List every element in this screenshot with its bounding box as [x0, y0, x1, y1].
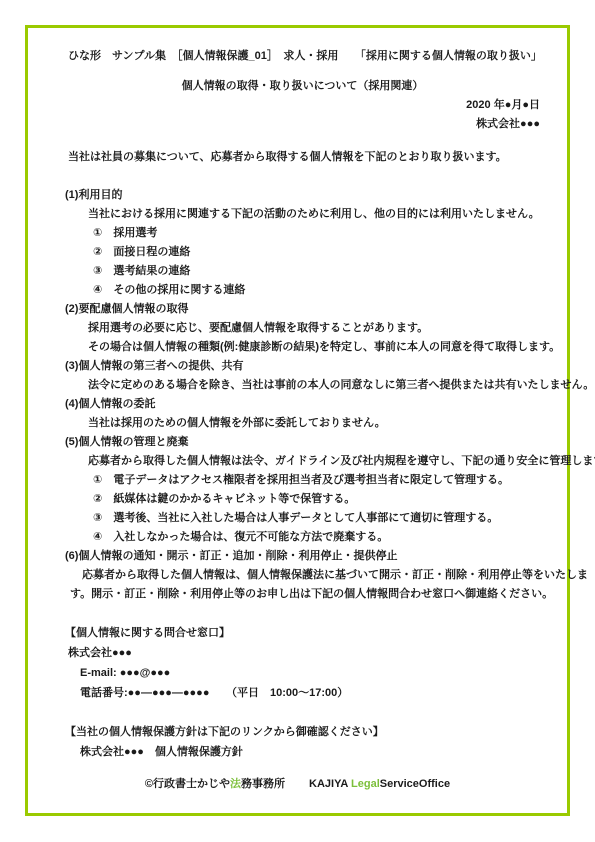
section-1-item-3: ③ 選考結果の連絡 — [65, 262, 540, 281]
section-1-item-2: ② 面接日程の連絡 — [65, 243, 540, 262]
section-2-body-2: その場合は個人情報の種類(例:健康診断の結果)を特定し、事前に本人の同意を得て取… — [65, 338, 540, 357]
section-5-item-3: ③ 選考後、当社に入社した場合は人事データとして人事部にて適切に管理する。 — [65, 509, 540, 528]
section-5-item-1: ① 電子データはアクセス権限者を採用担当者及び選考担当者に限定して管理する。 — [65, 471, 540, 490]
footer-jp-accent: 法 — [230, 778, 241, 790]
section-1-heading: (1)利用目的 — [65, 186, 540, 205]
section-4-body: 当社は採用のための個人情報を外部に委託しておりません。 — [65, 414, 540, 433]
footer-jp-suffix: 務事務所 — [241, 778, 285, 790]
section-5-body: 応募者から取得した個人情報は法令、ガイドライン及び社内規程を遵守し、下記の通り安… — [65, 452, 540, 471]
document-title: 個人情報の取得・取り扱いについて（採用関連） — [65, 77, 540, 96]
section-1-item-4: ④ その他の採用に関する連絡 — [65, 281, 540, 300]
section-5-item-2: ② 紙媒体は鍵のかかるキャビネット等で保管する。 — [65, 490, 540, 509]
footer-en-suffix: ServiceOffice — [380, 778, 450, 790]
section-6-body-1: 応募者から取得した個人情報は、個人情報保護法に基づいて開示・訂正・削除・利用停止… — [65, 566, 540, 585]
section-3-heading: (3)個人情報の第三者への提供、共有 — [65, 357, 540, 376]
contact-company: 株式会社●●● — [65, 643, 540, 663]
section-2-body-1: 採用選考の必要に応じ、要配慮個人情報を取得することがあります。 — [65, 319, 540, 338]
policy-block: 【当社の個人情報保護方針は下記のリンクから御確認ください】 株式会社●●● 個人… — [65, 722, 540, 762]
contact-heading: 【個人情報に関する問合せ窓口】 — [65, 623, 540, 643]
footer-copyright: ©行政書士かじや法務事務所KAJIYA LegalServiceOffice — [0, 776, 595, 792]
footer-en-accent: Legal — [351, 778, 380, 790]
contact-phone: 電話番号:●●―●●●―●●●● （平日 10:00～17:00） — [65, 683, 540, 703]
contact-block: 【個人情報に関する問合せ窓口】 株式会社●●● E-mail: ●●●@●●● … — [65, 623, 540, 703]
section-2-heading: (2)要配慮個人情報の取得 — [65, 300, 540, 319]
section-1-body: 当社における採用に関連する下記の活動のために利用し、他の目的には利用いたしません… — [65, 205, 540, 224]
section-1-item-1: ① 採用選考 — [65, 224, 540, 243]
contact-email: E-mail: ●●●@●●● — [65, 663, 540, 683]
footer-en-prefix: KAJIYA — [309, 778, 351, 790]
sections-list: (1)利用目的 当社における採用に関連する下記の活動のために利用し、他の目的には… — [65, 186, 540, 604]
policy-link: 株式会社●●● 個人情報保護方針 — [65, 742, 540, 762]
document-date: 2020 年●月●日 — [65, 96, 540, 115]
company-name: 株式会社●●● — [65, 115, 540, 134]
footer-jp-prefix: ©行政書士かじや — [145, 778, 230, 790]
section-5-item-4: ④ 入社しなかった場合は、復元不可能な方法で廃棄する。 — [65, 528, 540, 547]
intro-paragraph: 当社は社員の募集について、応募者から取得する個人情報を下記のとおり取り扱います。 — [65, 148, 540, 167]
page-content: ひな形 サンプル集 ［個人情報保護_01］ 求人・採用 「採用に関する個人情報の… — [65, 47, 540, 762]
section-4-heading: (4)個人情報の委託 — [65, 395, 540, 414]
policy-heading: 【当社の個人情報保護方針は下記のリンクから御確認ください】 — [65, 722, 540, 742]
section-6-heading: (6)個人情報の通知・開示・訂正・追加・削除・利用停止・提供停止 — [65, 547, 540, 566]
template-header-line: ひな形 サンプル集 ［個人情報保護_01］ 求人・採用 「採用に関する個人情報の… — [65, 47, 540, 66]
section-6-body-2: す。開示・訂正・削除・利用停止等のお申し出は下記の個人情報問合わせ窓口へ御連絡く… — [65, 585, 540, 604]
section-5-heading: (5)個人情報の管理と廃棄 — [65, 433, 540, 452]
section-3-body: 法令に定めのある場合を除き、当社は事前の本人の同意なしに第三者へ提供または共有い… — [65, 376, 540, 395]
